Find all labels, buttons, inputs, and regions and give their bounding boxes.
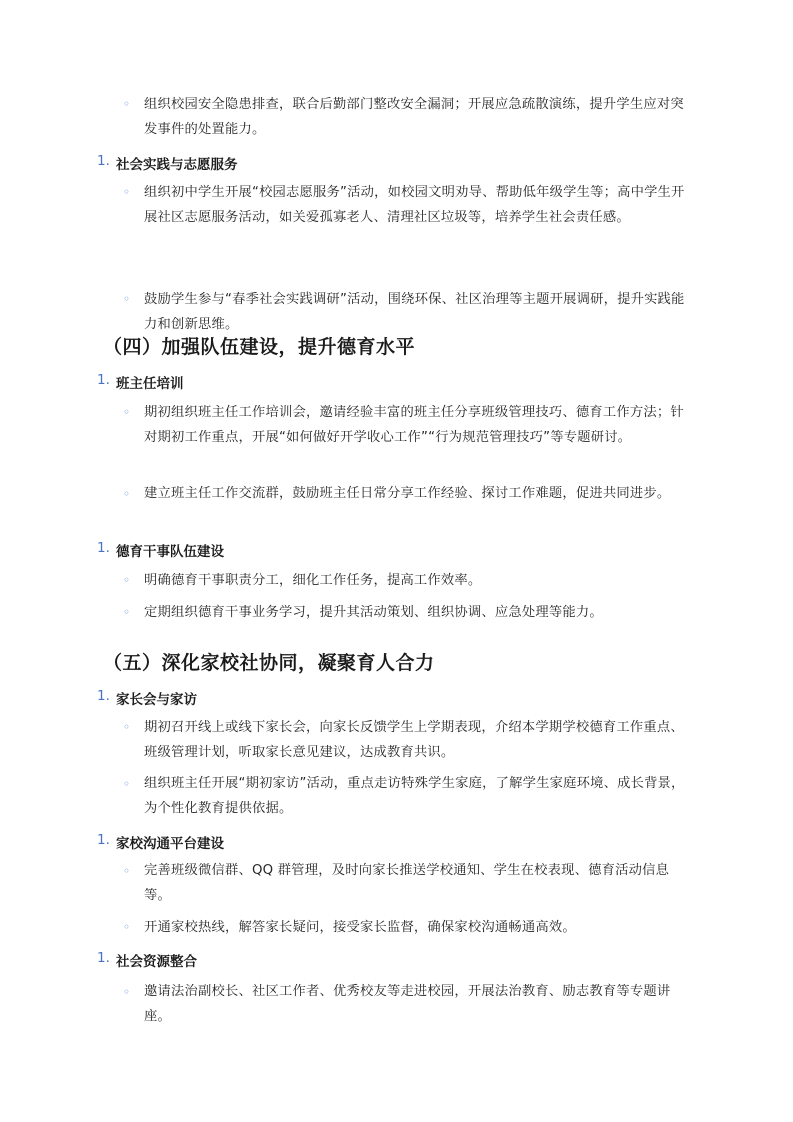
list-number: 1. <box>97 153 110 169</box>
bullet-icon: ◦ <box>123 185 130 199</box>
list-item: 鼓励学生参与“春季社会实践调研”活动，围绕环保、社区治理等主题开展调研，提升实践… <box>144 287 692 337</box>
bullet-icon: ◦ <box>123 97 130 111</box>
list-item: 定期组织德育干事业务学习，提升其活动策划、组织协调、应急处理等能力。 <box>144 600 692 625</box>
bullet-icon: ◦ <box>123 985 130 999</box>
list-item: 期初召开线上或线下家长会，向家长反馈学生上学期表现，介绍本学期学校德育工作重点、… <box>144 715 692 765</box>
list-number: 1. <box>97 950 110 966</box>
list-item: 明确德育干事职责分工，细化工作任务，提高工作效率。 <box>144 568 692 593</box>
list-item: 开通家校热线，解答家长疑问，接受家长监督，确保家校沟通畅通高效。 <box>144 915 692 940</box>
bullet-icon: ◦ <box>123 573 130 587</box>
subsection-title: 家长会与家访 <box>116 688 197 708</box>
list-item: 期初组织班主任工作培训会，邀请经验丰富的班主任分享班级管理技巧、德育工作方法；针… <box>144 400 692 450</box>
list-item: 邀请法治副校长、社区工作者、优秀校友等走进校园，开展法治教育、励志教育等专题讲座… <box>144 979 692 1029</box>
bullet-icon: ◦ <box>123 920 130 934</box>
list-item: 组织初中学生开展“校园志愿服务”活动，如校园文明劝导、帮助低年级学生等；高中学生… <box>144 180 692 230</box>
bullet-icon: ◦ <box>123 720 130 734</box>
list-number: 1. <box>97 540 110 556</box>
list-number: 1. <box>97 832 110 848</box>
bullet-icon: ◦ <box>123 605 130 619</box>
subsection-title: 社会资源整合 <box>116 950 197 970</box>
bullet-icon: ◦ <box>123 487 130 501</box>
list-item: 完善班级微信群、QQ 群管理，及时向家长推送学校通知、学生在校表现、德育活动信息… <box>144 858 692 908</box>
section-heading: （四）加强队伍建设，提升德育水平 <box>103 332 415 359</box>
list-item: 组织校园安全隐患排查，联合后勤部门整改安全漏洞；开展应急疏散演练，提升学生应对突… <box>144 92 692 142</box>
subsection-title: 班主任培训 <box>116 372 184 392</box>
bullet-icon: ◦ <box>123 405 130 419</box>
subsection-title: 德育干事队伍建设 <box>116 540 224 560</box>
subsection-title: 社会实践与志愿服务 <box>116 153 238 173</box>
list-number: 1. <box>97 372 110 388</box>
bullet-icon: ◦ <box>123 777 130 791</box>
section-heading: （五）深化家校社协同，凝聚育人合力 <box>103 648 435 675</box>
list-number: 1. <box>97 688 110 704</box>
list-item: 组织班主任开展“期初家访”活动，重点走访特殊学生家庭，了解学生家庭环境、成长背景… <box>144 771 692 821</box>
bullet-icon: ◦ <box>123 292 130 306</box>
list-item: 建立班主任工作交流群，鼓励班主任日常分享工作经验、探讨工作难题，促进共同进步。 <box>144 481 692 506</box>
bullet-icon: ◦ <box>123 864 130 878</box>
subsection-title: 家校沟通平台建设 <box>116 832 224 852</box>
